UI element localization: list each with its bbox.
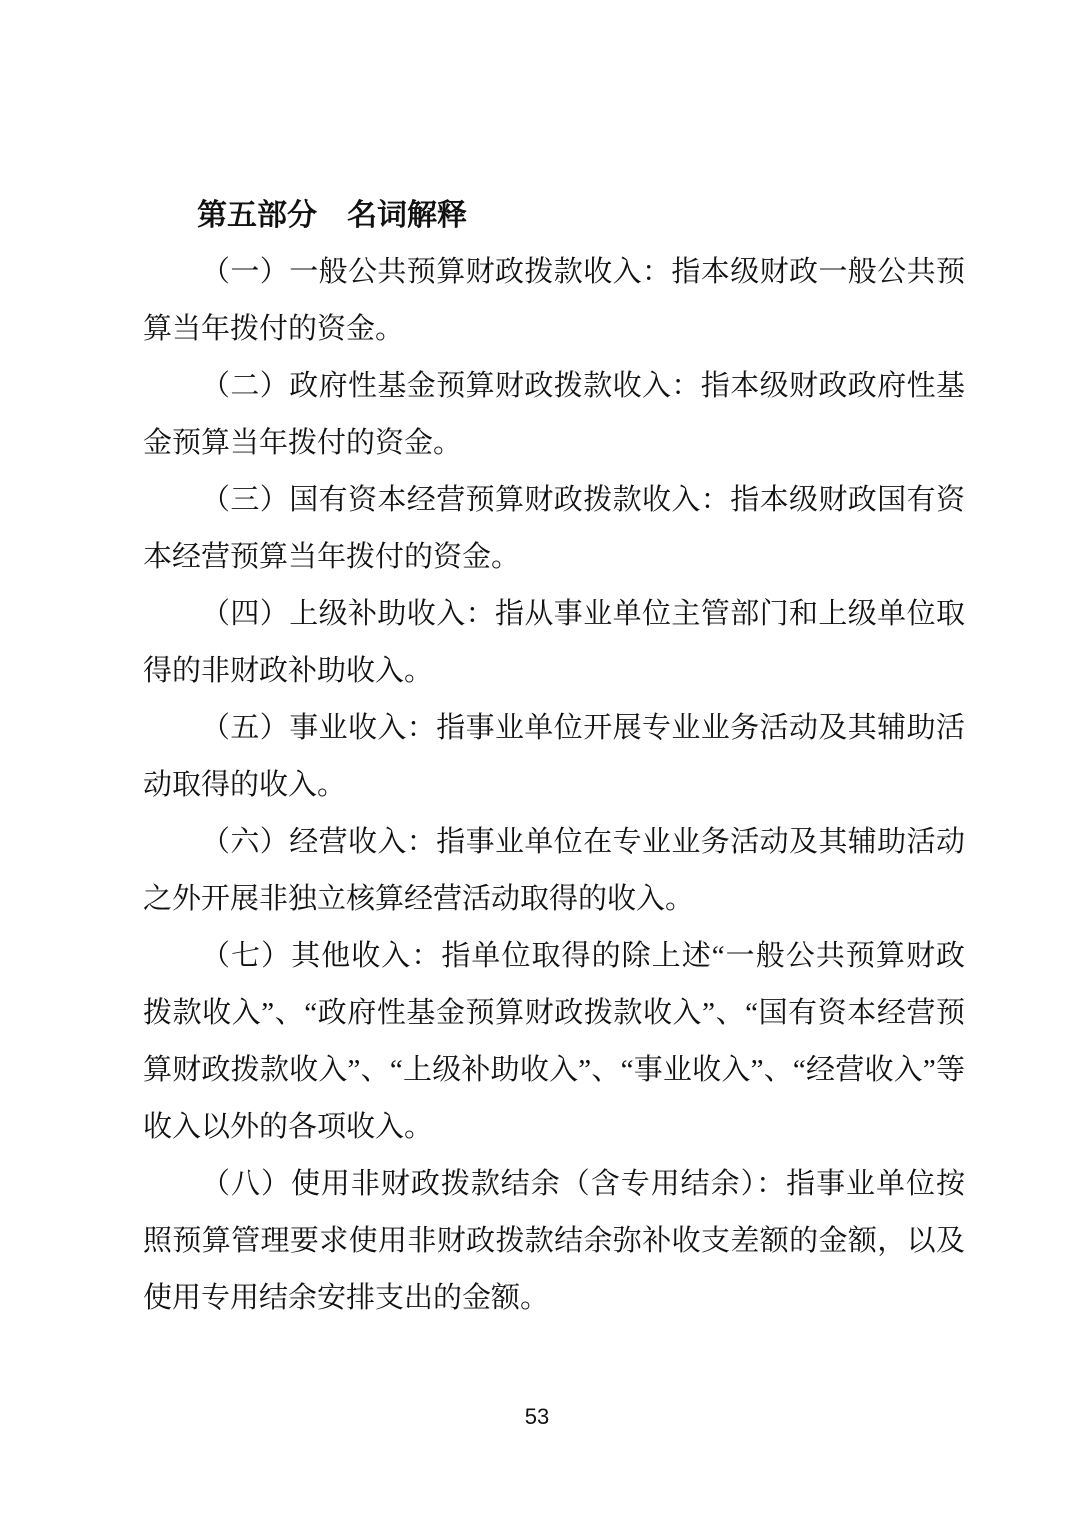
definition-paragraph-8: （八）使用非财政拨款结余（含专用结余）：指事业单位按照预算管理要求使用非财政拨款…: [143, 1156, 965, 1327]
page-number: 53: [0, 1404, 1074, 1430]
definition-paragraph-5: （五）事业收入：指事业单位开展专业业务活动及其辅助活动取得的收入。: [143, 700, 965, 814]
definition-paragraph-3: （三）国有资本经营预算财政拨款收入：指本级财政国有资本经营预算当年拨付的资金。: [143, 472, 965, 586]
definition-paragraph-2: （二）政府性基金预算财政拨款收入：指本级财政政府性基金预算当年拨付的资金。: [143, 358, 965, 472]
definition-paragraph-7: （七）其他收入：指单位取得的除上述“一般公共预算财政拨款收入”、“政府性基金预算…: [143, 928, 965, 1156]
document-page: { "page": { "heading": "第五部分 名词解释", "par…: [0, 0, 1074, 1520]
definition-paragraph-6: （六）经营收入：指事业单位在专业业务活动及其辅助活动之外开展非独立核算经营活动取…: [143, 814, 965, 928]
definition-paragraph-4: （四）上级补助收入：指从事业单位主管部门和上级单位取得的非财政补助收入。: [143, 586, 965, 700]
section-heading: 第五部分 名词解释: [143, 187, 965, 244]
definition-paragraph-1: （一）一般公共预算财政拨款收入：指本级财政一般公共预算当年拨付的资金。: [143, 244, 965, 358]
document-body: 第五部分 名词解释 （一）一般公共预算财政拨款收入：指本级财政一般公共预算当年拨…: [143, 187, 965, 1327]
